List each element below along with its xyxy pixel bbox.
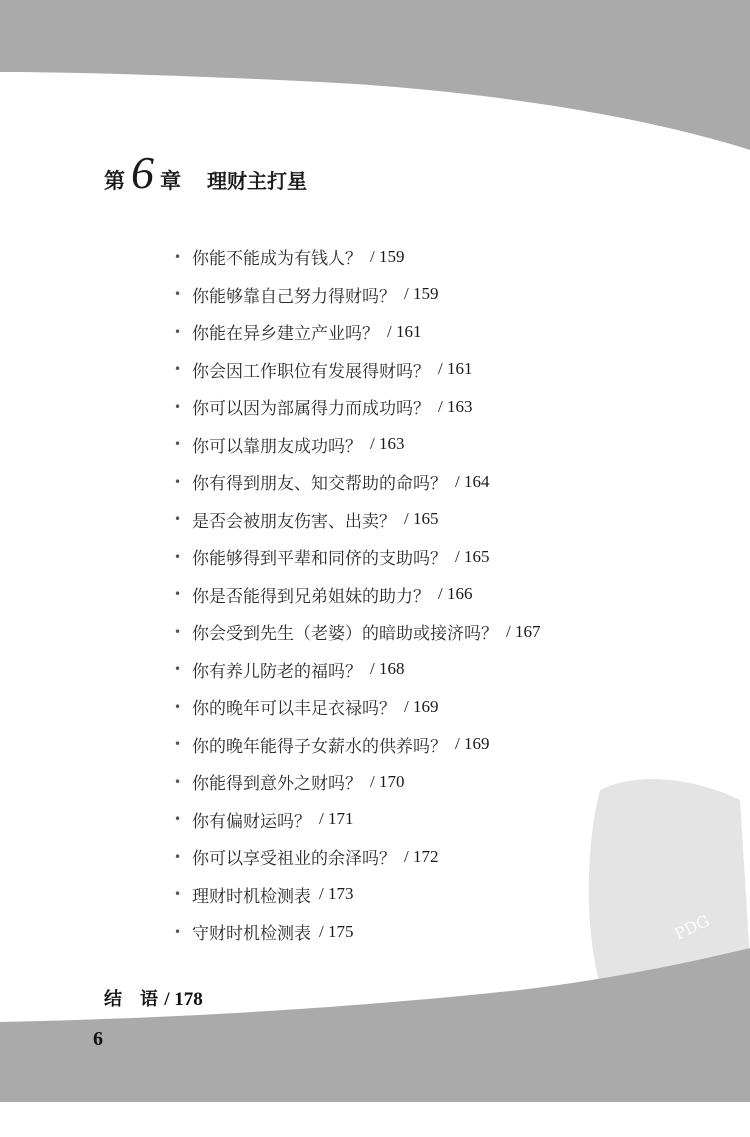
bullet-icon: • — [174, 737, 192, 751]
bullet-icon: • — [174, 850, 192, 864]
bullet-icon: • — [174, 512, 192, 526]
toc-entry-title: 你会受到先生（老婆）的暗助或接济吗？ — [192, 619, 498, 644]
toc-entry-page: / 173 — [319, 884, 353, 904]
bullet-icon: • — [174, 587, 192, 601]
toc-entry-title: 你的晚年可以丰足衣禄吗？ — [192, 694, 396, 719]
bullet-icon: • — [174, 887, 192, 901]
toc-entry[interactable]: •是否会被朋友伤害、出卖？/ 165 — [174, 501, 540, 539]
toc-entry-page: / 161 — [387, 322, 421, 342]
toc-entry-title: 你会因工作职位有发展得财吗？ — [192, 357, 430, 382]
toc-entry-page: / 163 — [370, 434, 404, 454]
bullet-icon: • — [174, 400, 192, 414]
toc-entry[interactable]: •你可以因为部属得力而成功吗？/ 163 — [174, 388, 540, 426]
toc-entry-title: 理财时机检测表 — [192, 882, 311, 907]
conclusion-label: 结 语 — [104, 989, 158, 1010]
bullet-icon: • — [174, 625, 192, 639]
toc-entry-page: / 166 — [438, 584, 472, 604]
toc-entry-title: 你是否能得到兄弟姐妹的助力？ — [192, 582, 430, 607]
bullet-icon: • — [174, 812, 192, 826]
toc-entry-page: / 175 — [319, 922, 353, 942]
toc-entry[interactable]: •你能够得到平辈和同侪的支助吗？/ 165 — [174, 538, 540, 576]
toc-entry[interactable]: •你能在异乡建立产业吗？/ 161 — [174, 313, 540, 351]
toc-entry-page: / 172 — [404, 847, 438, 867]
chapter-heading: 第 6 章 理财主打星 — [104, 150, 307, 200]
bullet-icon: • — [174, 550, 192, 564]
toc-entry-title: 你可以靠朋友成功吗？ — [192, 432, 362, 457]
toc-entry[interactable]: •守财时机检测表/ 175 — [174, 913, 540, 951]
toc-entry-title: 你的晚年能得子女薪水的供养吗？ — [192, 732, 447, 757]
toc-entry[interactable]: •你会因工作职位有发展得财吗？/ 161 — [174, 351, 540, 389]
toc-entry-title: 你可以因为部属得力而成功吗？ — [192, 394, 430, 419]
toc-entry[interactable]: •你可以享受祖业的余泽吗？/ 172 — [174, 838, 540, 876]
chapter-suffix: 章 — [160, 165, 181, 195]
toc-entry-title: 你能得到意外之财吗？ — [192, 769, 362, 794]
toc-entry-page: / 165 — [404, 509, 438, 529]
bullet-icon: • — [174, 362, 192, 376]
bullet-icon: • — [174, 662, 192, 676]
toc-entry-title: 你能不能成为有钱人？ — [192, 244, 362, 269]
conclusion-page: / 178 — [164, 989, 203, 1010]
toc-entry[interactable]: •你的晚年能得子女薪水的供养吗？/ 169 — [174, 726, 540, 764]
toc-entry-page: / 163 — [438, 397, 472, 417]
conclusion-entry[interactable]: 结 语 / 178 — [104, 985, 203, 1011]
chapter-title: 理财主打星 — [207, 165, 307, 194]
toc-entry-page: / 164 — [455, 472, 489, 492]
toc-entry[interactable]: •你能得到意外之财吗？/ 170 — [174, 763, 540, 801]
toc-entry-title: 你有偏财运吗？ — [192, 807, 311, 832]
toc-entry-title: 守财时机检测表 — [192, 919, 311, 944]
bullet-icon: • — [174, 287, 192, 301]
bullet-icon: • — [174, 475, 192, 489]
toc-entry[interactable]: •你有养儿防老的福吗？/ 168 — [174, 651, 540, 689]
toc-entry-title: 你可以享受祖业的余泽吗？ — [192, 844, 396, 869]
bullet-icon: • — [174, 925, 192, 939]
toc-entry[interactable]: •理财时机检测表/ 173 — [174, 876, 540, 914]
chapter-number: 6 — [131, 150, 154, 196]
toc-entry[interactable]: •你的晚年可以丰足衣禄吗？/ 169 — [174, 688, 540, 726]
table-of-contents: •你能不能成为有钱人？/ 159 •你能够靠自己努力得财吗？/ 159 •你能在… — [174, 238, 540, 951]
bullet-icon: • — [174, 250, 192, 264]
toc-entry-page: / 171 — [319, 809, 353, 829]
toc-entry-title: 你有养儿防老的福吗？ — [192, 657, 362, 682]
toc-entry-title: 你有得到朋友、知交帮助的命吗？ — [192, 469, 447, 494]
chapter-prefix: 第 — [104, 165, 125, 195]
toc-entry-page: / 167 — [506, 622, 540, 642]
bullet-icon: • — [174, 775, 192, 789]
toc-entry-page: / 169 — [455, 734, 489, 754]
toc-entry-page: / 169 — [404, 697, 438, 717]
toc-entry-page: / 168 — [370, 659, 404, 679]
bullet-icon: • — [174, 325, 192, 339]
toc-entry-title: 你能够靠自己努力得财吗？ — [192, 282, 396, 307]
top-gray-band — [0, 0, 750, 150]
toc-entry-page: / 170 — [370, 772, 404, 792]
toc-entry[interactable]: •你可以靠朋友成功吗？/ 163 — [174, 426, 540, 464]
book-page: PDG 第 6 章 理财主打星 •你能不能成为有钱人？/ 159 •你能够靠自己… — [0, 0, 750, 1137]
page-number: 6 — [93, 1028, 103, 1051]
toc-entry-page: / 165 — [455, 547, 489, 567]
toc-entry[interactable]: •你能够靠自己努力得财吗？/ 159 — [174, 276, 540, 314]
toc-entry[interactable]: •你能不能成为有钱人？/ 159 — [174, 238, 540, 276]
bullet-icon: • — [174, 437, 192, 451]
watermark-text: PDG — [671, 911, 712, 944]
toc-entry-title: 你能在异乡建立产业吗？ — [192, 319, 379, 344]
toc-entry-title: 是否会被朋友伤害、出卖？ — [192, 507, 396, 532]
toc-entry[interactable]: •你有得到朋友、知交帮助的命吗？/ 164 — [174, 463, 540, 501]
toc-entry-title: 你能够得到平辈和同侪的支助吗？ — [192, 544, 447, 569]
toc-entry[interactable]: •你有偏财运吗？/ 171 — [174, 801, 540, 839]
toc-entry-page: / 161 — [438, 359, 472, 379]
toc-entry[interactable]: •你是否能得到兄弟姐妹的助力？/ 166 — [174, 576, 540, 614]
toc-entry-page: / 159 — [404, 284, 438, 304]
bullet-icon: • — [174, 700, 192, 714]
toc-entry[interactable]: •你会受到先生（老婆）的暗助或接济吗？/ 167 — [174, 613, 540, 651]
toc-entry-page: / 159 — [370, 247, 404, 267]
